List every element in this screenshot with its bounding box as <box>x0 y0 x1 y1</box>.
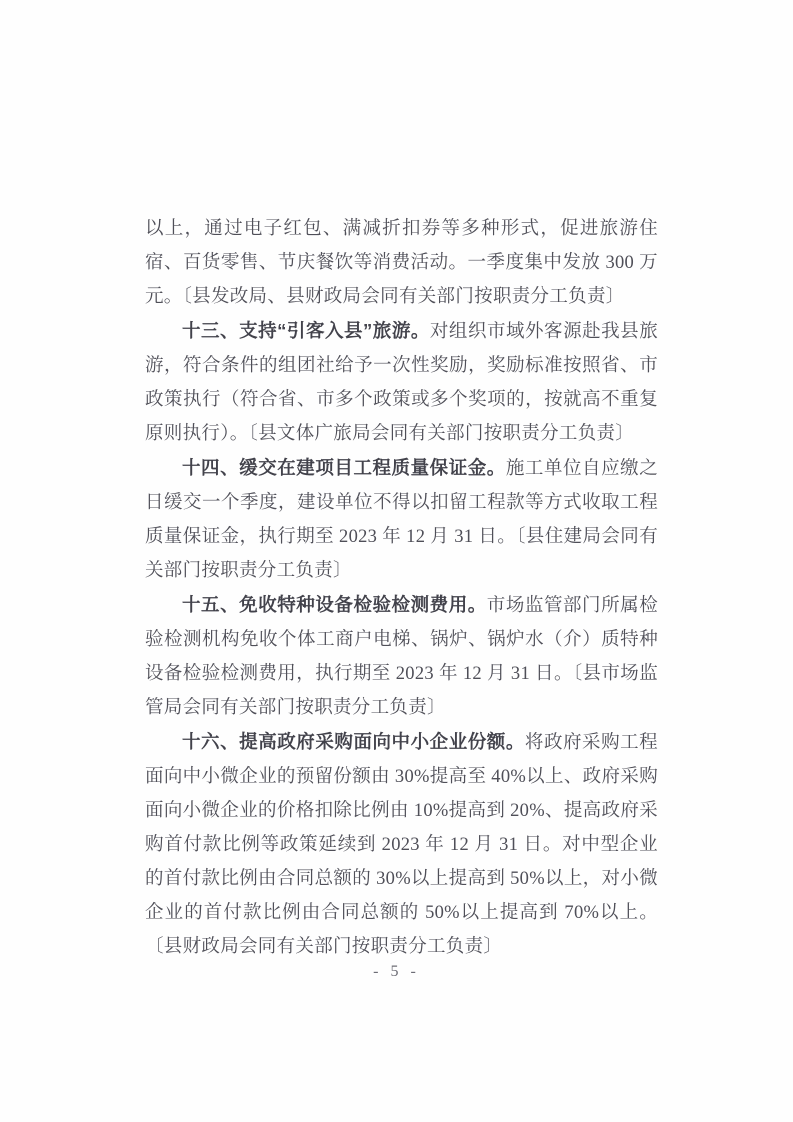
page-number: - 5 - <box>0 960 793 984</box>
item-15-heading: 十五、免收特种设备检验检测费用。 <box>182 594 487 615</box>
paragraph-item-16: 十六、提高政府采购面向中小企业份额。将政府采购工程面向中小微企业的预留份额由 3… <box>145 725 658 964</box>
item-14-heading: 十四、缓交在建项目工程质量保证金。 <box>182 457 506 478</box>
item-13-heading: 十三、支持“引客入县”旅游。 <box>182 320 430 341</box>
document-body: 以上，通过电子红包、满减折扣券等多种形式，促进旅游住宿、百货零售、节庆餐饮等消费… <box>145 212 658 964</box>
item-16-body: 将政府采购工程面向中小微企业的预留份额由 30%提高至 40%以上、政府采购面向… <box>145 733 658 957</box>
paragraph-item-15: 十五、免收特种设备检验检测费用。市场监管部门所属检验检测机构免收个体工商户电梯、… <box>145 588 658 725</box>
item-16-heading: 十六、提高政府采购面向中小企业份额。 <box>182 731 525 752</box>
paragraph-item-12-continuation: 以上，通过电子红包、满减折扣券等多种形式，促进旅游住宿、百货零售、节庆餐饮等消费… <box>145 212 658 314</box>
paragraph-item-13: 十三、支持“引客入县”旅游。对组织市域外客源赴我县旅游，符合条件的组团社给予一次… <box>145 314 658 451</box>
paragraph-item-14: 十四、缓交在建项目工程质量保证金。施工单位自应缴之日缓交一个季度，建设单位不得以… <box>145 451 658 588</box>
item-12-continuation-text: 以上，通过电子红包、满减折扣券等多种形式，促进旅游住宿、百货零售、节庆餐饮等消费… <box>145 219 658 307</box>
document-page: 以上，通过电子红包、满减折扣券等多种形式，促进旅游住宿、百货零售、节庆餐饮等消费… <box>0 0 793 1122</box>
